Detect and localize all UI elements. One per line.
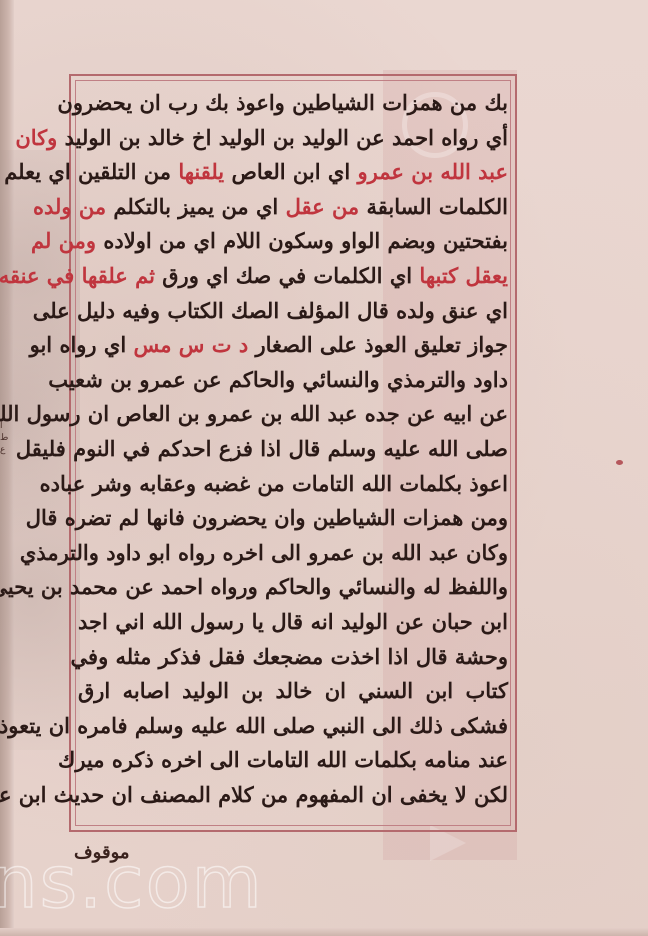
body-text: اي الكلمات في صك اي ورق [155, 263, 419, 288]
text-line: ومن همزات الشياطين وان يحضرون فانها لم ت… [78, 501, 508, 536]
rubric-text: ثم علقها في عنقه [0, 263, 155, 288]
body-text: الكلمات السابقة [359, 194, 508, 219]
text-line: واللفظ له والنسائي والحاكم ورواه احمد عن… [78, 570, 508, 605]
text-line: عبد الله بن عمرو اي ابن العاص يلقنها من … [78, 155, 508, 190]
rubric-text: ومن لم [31, 228, 96, 253]
text-line: عند منامه بكلمات الله التامات الى اخره ذ… [78, 743, 508, 778]
body-text: أي رواه احمد عن الوليد بن الوليد اخ خالد… [57, 125, 508, 150]
text-line: لكن لا يخفى ان المفهوم من كلام المصنف ان… [78, 778, 508, 813]
text-line: عن ابيه عن جده عبد الله بن عمرو بن العاص… [78, 397, 508, 432]
body-text: لكن لا يخفى ان المفهوم من كلام المصنف ان… [0, 782, 508, 807]
page-bottom-edge [0, 928, 648, 936]
text-line: جواز تعليق العوذ على الصغار د ت س مس اي … [78, 328, 508, 363]
body-text: اي رواه ابو [30, 332, 134, 357]
body-text: صلى الله عليه وسلم قال اذا فزع احدكم في … [16, 436, 508, 461]
body-text: فشكى ذلك الى النبي صلى الله عليه وسلم فا… [0, 713, 508, 738]
text-line: وحشة قال اذا اخذت مضجعك فقل فذكر مثله وف… [78, 640, 508, 675]
ink-speck [616, 460, 623, 465]
rubric-text: د ت س مس [133, 332, 248, 357]
manuscript-page: ا ط ع بك من همزات الشياطين واعوذ بك رب ا… [0, 0, 648, 936]
text-line: ابن حبان عن الوليد انه قال يا رسول الله … [78, 605, 508, 640]
text-line: بفتحتين وبضم الواو وسكون اللام اي من اول… [78, 224, 508, 259]
text-line: يعقل كتبها اي الكلمات في صك اي ورق ثم عل… [78, 259, 508, 294]
body-text: بك من همزات الشياطين واعوذ بك رب ان يحضر… [57, 90, 508, 115]
rubric-text: من ولده [33, 194, 106, 219]
text-line: أي رواه احمد عن الوليد بن الوليد اخ خالد… [78, 121, 508, 156]
rubric-text: عبد الله بن عمرو [358, 159, 509, 184]
body-text: اي عنق ولده قال المؤلف الصك الكتاب وفيه … [33, 298, 508, 323]
body-text: جواز تعليق العوذ على الصغار [248, 332, 508, 357]
text-line: صلى الله عليه وسلم قال اذا فزع احدكم في … [78, 432, 508, 467]
text-line: اي عنق ولده قال المؤلف الصك الكتاب وفيه … [78, 294, 508, 329]
body-text: اعوذ بكلمات الله التامات من غضبه وعقابه … [40, 471, 508, 496]
body-text: داود والترمذي والنسائي والحاكم عن عمرو ب… [48, 367, 508, 392]
rubric-text: من عقل [286, 194, 360, 219]
text-line: كتاب ابن السني ان خالد بن الوليد اصابه ا… [78, 674, 508, 709]
text-line: الكلمات السابقة من عقل اي من يميز بالتكل… [78, 190, 508, 225]
body-text: ابن حبان عن الوليد انه قال يا رسول الله … [78, 609, 508, 634]
rubric-text: يلقنها [178, 159, 224, 184]
body-text: عند منامه بكلمات الله التامات الى اخره ذ… [58, 747, 508, 772]
body-text: وحشة قال اذا اخذت مضجعك فقل فذكر مثله وف… [71, 644, 508, 669]
text-line: بك من همزات الشياطين واعوذ بك رب ان يحضر… [78, 86, 508, 121]
text-line: وكان عبد الله بن عمرو الى اخره رواه ابو … [78, 536, 508, 571]
body-text: ومن همزات الشياطين وان يحضرون فانها لم ت… [26, 505, 508, 530]
body-text: كتاب ابن السني ان خالد بن الوليد اصابه ا… [78, 678, 508, 703]
body-text: اي من يميز بالتكلم [106, 194, 285, 219]
watermark-text: ns.com [0, 842, 264, 922]
manuscript-text-block: بك من همزات الشياطين واعوذ بك رب ان يحضر… [78, 86, 508, 812]
body-text: بفتحتين وبضم الواو وسكون اللام اي من اول… [96, 228, 508, 253]
body-text: واللفظ له والنسائي والحاكم ورواه احمد عن… [0, 574, 508, 599]
body-text: وكان عبد الله بن عمرو الى اخره رواه ابو … [20, 540, 508, 565]
body-text: اي ابن العاص [224, 159, 357, 184]
rubric-text: وكان [15, 125, 57, 150]
body-text: عن ابيه عن جده عبد الله بن عمرو بن العاص… [0, 401, 508, 426]
rubric-text: يعقل كتبها [419, 263, 508, 288]
text-line: فشكى ذلك الى النبي صلى الله عليه وسلم فا… [78, 709, 508, 744]
body-text: من التلقين اي يعلم [4, 159, 178, 184]
text-line: داود والترمذي والنسائي والحاكم عن عمرو ب… [78, 363, 508, 398]
text-line: اعوذ بكلمات الله التامات من غضبه وعقابه … [78, 467, 508, 502]
